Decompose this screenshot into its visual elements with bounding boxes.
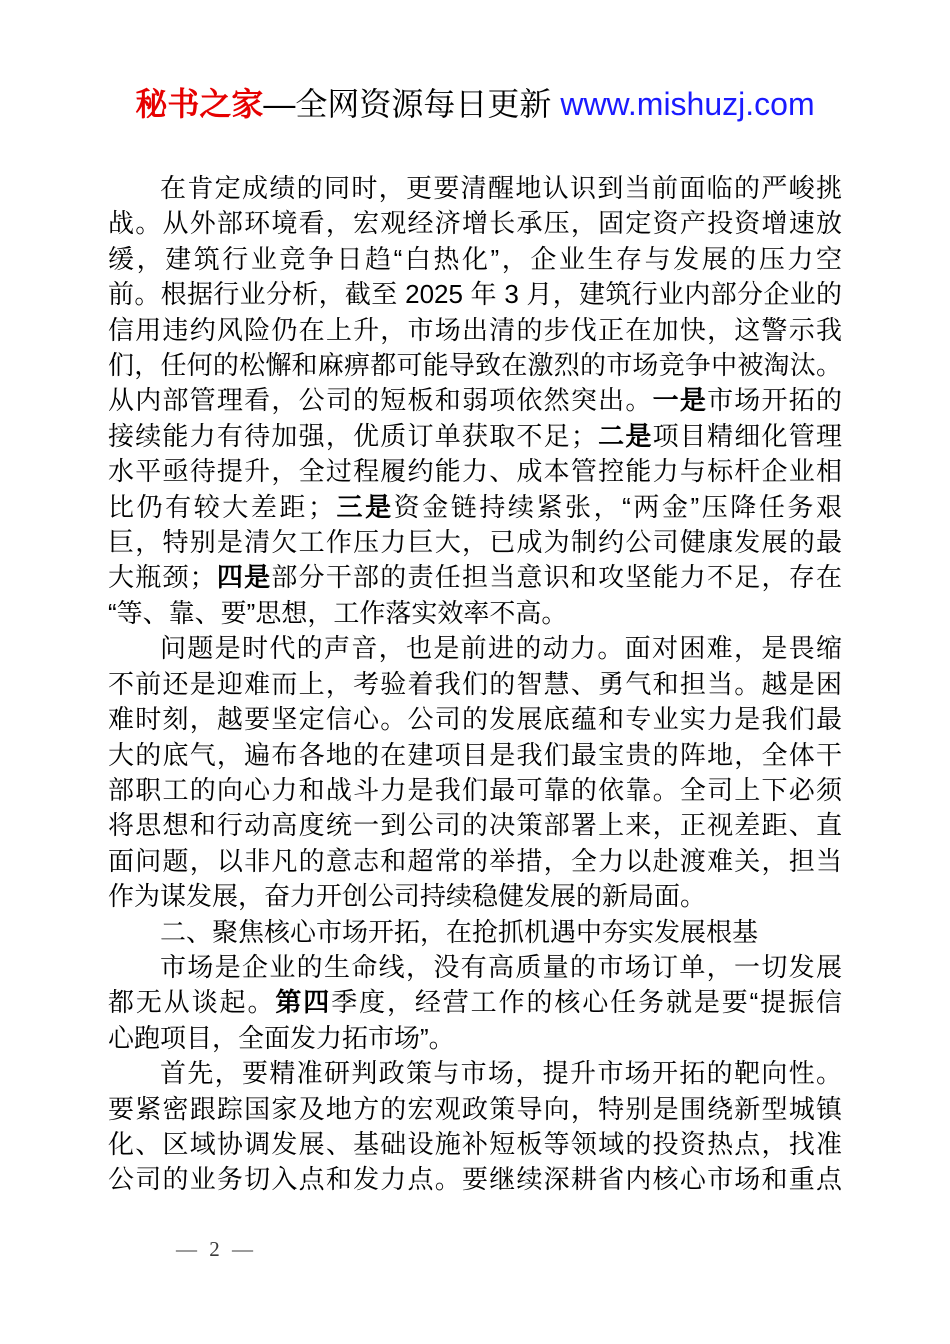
text-line: 都无从谈起。第四季度，经营工作的核心任务就是要“提振信 <box>108 985 842 1020</box>
text-line: 将思想和行动高度统一到公司的决策部署上来，正视差距、直 <box>108 808 842 843</box>
text-line: 们，任何的松懈和麻痹都可能导致在激烈的市场竞争中被淘汰。 <box>108 348 842 383</box>
text-line: “等、靠、要”思想，工作落实效率不高。 <box>108 596 842 631</box>
text-line: 不前还是迎难而上，考验着我们的智慧、勇气和担当。越是困 <box>108 667 842 702</box>
text-line: 部职工的向心力和战斗力是我们最可靠的依靠。全司上下必须 <box>108 773 842 808</box>
site-url[interactable]: www.mishuzj.com <box>560 86 814 122</box>
text-line: 接续能力有待加强，优质订单获取不足；二是项目精细化管理 <box>108 419 842 454</box>
text-line: 大瓶颈；四是部分干部的责任担当意识和攻坚能力不足，存在 <box>108 560 842 595</box>
text-line: 难时刻，越要坚定信心。公司的发展底蕴和专业实力是我们最 <box>108 702 842 737</box>
text-line: 战。从外部环境看，宏观经济增长承压，固定资产投资增速放 <box>108 206 842 241</box>
document-body: 在肯定成绩的同时，更要清醒地认识到当前面临的严峻挑战。从外部环境看，宏观经济增长… <box>108 171 842 1198</box>
section-heading: 二、聚焦核心市场开拓，在抢抓机遇中夯实发展根基 <box>108 915 842 950</box>
text-line: 巨，特别是清欠工作压力巨大，已成为制约公司健康发展的最 <box>108 525 842 560</box>
text-line: 缓，建筑行业竞争日趋“白热化”，企业生存与发展的压力空 <box>108 242 842 277</box>
text-line: 市场是企业的生命线，没有高质量的市场订单，一切发展 <box>108 950 842 985</box>
page-number: — 2 — <box>176 1237 253 1262</box>
site-name: 秘书之家 <box>135 86 263 122</box>
document-page: 秘书之家—全网资源每日更新 www.mishuzj.com 在肯定成绩的同时，更… <box>0 0 950 1344</box>
text-line: 从内部管理看，公司的短板和弱项依然突出。一是市场开拓的 <box>108 383 842 418</box>
site-tagline: —全网资源每日更新 <box>263 86 560 122</box>
text-line: 心跑项目，全面发力拓市场”。 <box>108 1021 842 1056</box>
text-line: 要紧密跟踪国家及地方的宏观政策导向，特别是围绕新型城镇 <box>108 1092 842 1127</box>
text-line: 信用违约风险仍在上升，市场出清的步伐正在加快，这警示我 <box>108 313 842 348</box>
text-line: 问题是时代的声音，也是前进的动力。面对困难，是畏缩 <box>108 631 842 666</box>
text-line: 首先，要精准研判政策与市场，提升市场开拓的靶向性。 <box>108 1056 842 1091</box>
text-line: 面问题，以非凡的意志和超常的举措，全力以赴渡难关，担当 <box>108 844 842 879</box>
text-line: 化、区域协调发展、基础设施补短板等领域的投资热点，找准 <box>108 1127 842 1162</box>
text-line: 在肯定成绩的同时，更要清醒地认识到当前面临的严峻挑 <box>108 171 842 206</box>
text-line: 水平亟待提升，全过程履约能力、成本管控能力与标杆企业相 <box>108 454 842 489</box>
text-line: 大的底气，遍布各地的在建项目是我们最宝贵的阵地，全体干 <box>108 738 842 773</box>
text-line: 公司的业务切入点和发力点。要继续深耕省内核心市场和重点 <box>108 1162 842 1197</box>
text-line: 比仍有较大差距；三是资金链持续紧张，“两金”压降任务艰 <box>108 490 842 525</box>
text-line: 作为谋发展，奋力开创公司持续稳健发展的新局面。 <box>108 879 842 914</box>
watermark-header: 秘书之家—全网资源每日更新 www.mishuzj.com <box>0 84 950 124</box>
text-line: 前。根据行业分析，截至 2025 年 3 月，建筑行业内部分企业的 <box>108 277 842 312</box>
